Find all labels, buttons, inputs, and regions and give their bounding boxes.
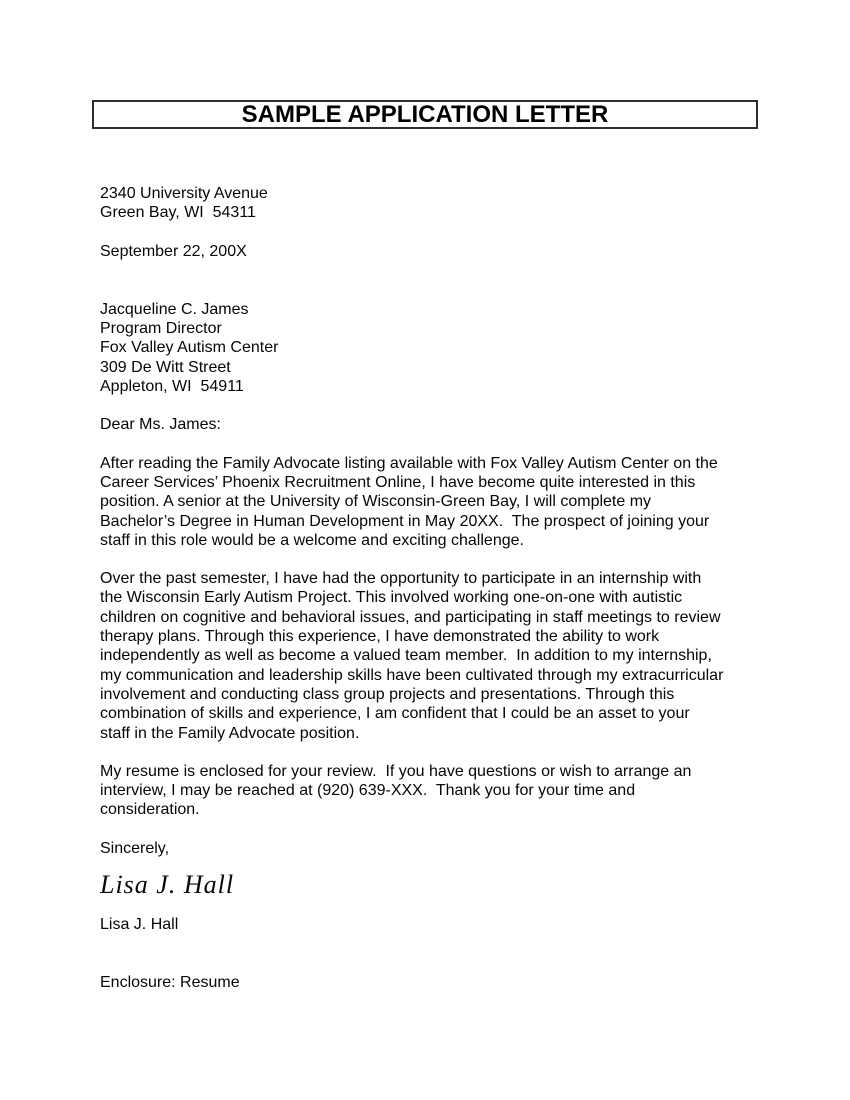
letter-page: SAMPLE APPLICATION LETTER 2340 Universit… bbox=[0, 0, 850, 1100]
title-box: SAMPLE APPLICATION LETTER bbox=[92, 100, 758, 129]
page-title: SAMPLE APPLICATION LETTER bbox=[242, 101, 609, 128]
typed-name: Lisa J. Hall bbox=[100, 915, 768, 934]
date-line: September 22, 200X bbox=[100, 242, 768, 261]
paragraph-1: After reading the Family Advocate listin… bbox=[100, 454, 768, 550]
paragraph-2: Over the past semester, I have had the o… bbox=[100, 569, 768, 743]
enclosure-line: Enclosure: Resume bbox=[100, 973, 768, 992]
salutation: Dear Ms. James: bbox=[100, 415, 768, 434]
paragraph-3: My resume is enclosed for your review. I… bbox=[100, 762, 768, 820]
recipient-address: Jacqueline C. James Program Director Fox… bbox=[100, 300, 768, 396]
sender-address: 2340 University Avenue Green Bay, WI 543… bbox=[100, 184, 768, 223]
letter-body: 2340 University Avenue Green Bay, WI 543… bbox=[100, 184, 768, 993]
closing-line: Sincerely, bbox=[100, 839, 768, 858]
handwritten-signature: Lisa J. Hall bbox=[100, 870, 768, 900]
